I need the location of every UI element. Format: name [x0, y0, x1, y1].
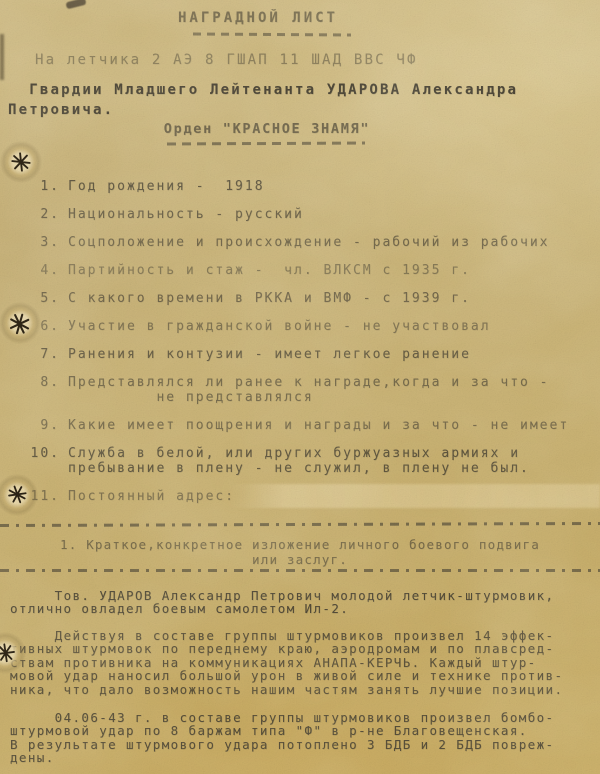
combat-paragraph: Действуя в составе группы штурмовиков пр…	[10, 629, 594, 696]
item-text: Партийность и стаж - чл. ВЛКСМ с 1935 г.	[60, 263, 592, 278]
biography-item: 1. Год рождения - 1918	[26, 179, 592, 194]
biography-item: 8. Представлялся ли ранее к награде,когд…	[26, 375, 592, 405]
item-text: Какие имеет поощрения и награды и за что…	[60, 418, 592, 433]
biography-item: 5. С какого времени в РККА и ВМФ - с 193…	[26, 291, 592, 306]
item-number: 7.	[26, 347, 60, 362]
item-text: Участие в гражданской войне - не участво…	[60, 319, 592, 334]
item-number: 10.	[26, 446, 60, 476]
award-document-page: НАГРАДНОЙ ЛИСТ На летчика 2 АЭ 8 ГШАП 11…	[0, 0, 600, 774]
item-text: С какого времени в РККА и ВМФ - с 1939 г…	[60, 291, 592, 306]
biography-item: 3. Соцположение и происхождение - рабочи…	[26, 235, 592, 250]
punch-hole	[4, 145, 38, 179]
item-number: 5.	[26, 291, 60, 306]
dashed-divider-bottom	[0, 569, 600, 572]
biography-item: 6. Участие в гражданской войне - не учас…	[26, 319, 592, 334]
item-text: Служба в белой, или других буржуазных ар…	[60, 446, 592, 476]
item-text: Национальность - русский	[60, 207, 592, 222]
title-underline	[193, 32, 351, 36]
biography-list: 1. Год рождения - 1918 2. Национальность…	[26, 179, 592, 517]
biography-item: 4. Партийность и стаж - чл. ВЛКСМ с 1935…	[26, 263, 592, 278]
item-text: Представлялся ли ранее к награде,когда и…	[60, 375, 592, 405]
biography-item: 2. Национальность - русский	[26, 207, 592, 222]
item-number: 8.	[26, 375, 60, 405]
paper-tear-star	[10, 151, 32, 173]
section-heading: 1. Краткое,конкретное изложение личного …	[30, 537, 570, 567]
item-number: 1.	[26, 179, 60, 194]
item-text: Соцположение и происхождение - рабочий и…	[60, 235, 592, 250]
ink-smudge	[65, 0, 86, 9]
edge-stain	[0, 34, 4, 80]
paper-tear-star	[4, 308, 35, 339]
item-text: Ранения и контузии - имеет легкое ранени…	[60, 347, 592, 362]
award-underline	[167, 141, 365, 145]
combat-paragraph: 04.06-43 г. в составе группы штурмовиков…	[10, 711, 594, 765]
item-text: Год рождения - 1918	[60, 179, 592, 194]
punch-hole	[0, 474, 38, 515]
item-number: 2.	[26, 207, 60, 222]
item-number: 4.	[26, 263, 60, 278]
biography-item: 10. Служба в белой, или других буржуазны…	[26, 446, 592, 476]
item-number: 9.	[26, 418, 60, 433]
paper-tear-star	[0, 638, 20, 668]
paper-tear-star	[4, 482, 29, 507]
unit-line: На летчика 2 АЭ 8 ГШАП 11 ШАД ВВС ЧФ	[35, 52, 418, 68]
item-text: Постоянный адрес:	[60, 489, 592, 504]
document-title: НАГРАДНОЙ ЛИСТ	[0, 10, 558, 26]
item-number: 3.	[26, 235, 60, 250]
biography-item: 11. Постоянный адрес:	[26, 489, 592, 504]
combat-paragraph: Тов. УДАРОВ Александр Петрович молодой л…	[10, 589, 594, 616]
recipient-name: Гвардии Младшего Лейтенанта УДАРОВА Алек…	[8, 80, 580, 120]
dashed-divider-top	[0, 522, 600, 527]
award-name: Орден "КРАСНОЕ ЗНАМЯ"	[0, 121, 567, 137]
biography-item: 9. Какие имеет поощрения и награды и за …	[26, 418, 592, 433]
biography-item: 7. Ранения и контузии - имеет легкое ран…	[26, 347, 592, 362]
